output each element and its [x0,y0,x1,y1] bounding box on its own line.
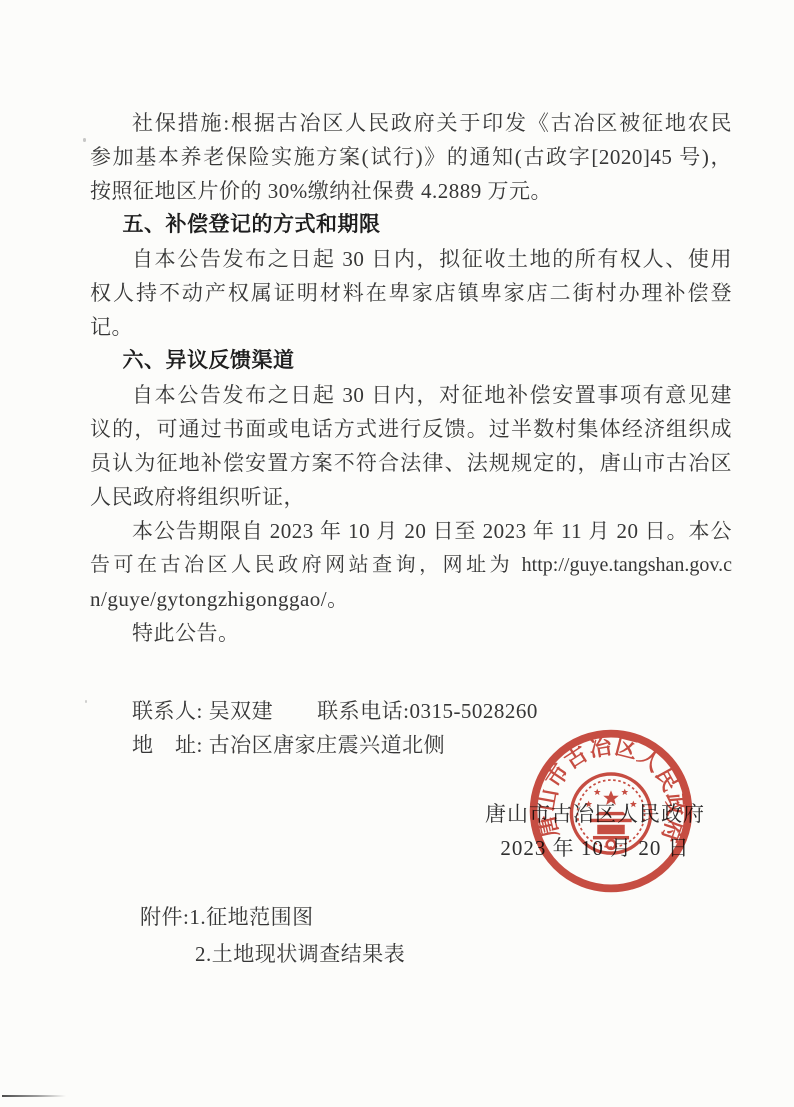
contact-phone-number: 0315-5028260 [409,699,538,723]
contact-row: 联系人: 吴双建联系电话:0315-5028260 [90,694,732,728]
issue-date: 2023 年 10 月 20 日 [445,831,745,865]
doc-line: 本公告期限自 2023 年 10 月 20 日至 2023 年 11 月 20 … [90,514,732,548]
attachments-block: 附件:1.征地范围图 2.土地现状调查结果表 [140,899,405,973]
doc-line: 权人持不动产权属证明材料在卑家店镇卑家店二街村办理补偿登 [90,276,732,310]
address-row: 地 址: 古冶区唐家庄震兴道北侧 [90,728,732,762]
address-value: 古冶区唐家庄震兴道北侧 [209,733,446,757]
doc-line: 记。 [90,310,732,344]
doc-line: 参加基本养老保险实施方案(试行)》的通知(古政字[2020]45 号)， [90,140,732,174]
scan-artifact [2,1095,66,1097]
doc-line: 议的，可通过书面或电话方式进行反馈。过半数村集体经济组织成 [90,412,732,446]
section5-heading: 五、补偿登记的方式和期限 [90,208,732,242]
doc-line: 自本公告发布之日起 30 日内，对征地补偿安置事项有意见建 [90,378,732,412]
doc-line: 自本公告发布之日起 30 日内，拟征收土地的所有权人、使用 [90,242,732,276]
attachment-row: 附件:1.征地范围图 [140,899,405,936]
contact-person-label: 联系人: [132,699,209,723]
closing-line: 特此公告。 [90,616,732,650]
doc-line-url: n/guye/gytongzhigonggao/。 [90,582,732,616]
scan-artifact [85,700,87,703]
announcement-body: 社保措施:根据古冶区人民政府关于印发《古冶区被征地农民 参加基本养老保险实施方案… [90,106,732,650]
attachment-item-1: 1.征地范围图 [189,905,313,929]
signature-block: 唐山市古冶区人民政府 2023 年 10 月 20 日 [445,797,745,865]
doc-line: 社保措施:根据古冶区人民政府关于印发《古冶区被征地农民 [90,106,732,140]
contact-block: 联系人: 吴双建联系电话:0315-5028260 地 址: 古冶区唐家庄震兴道… [90,694,732,762]
doc-line: 员认为征地补偿安置方案不符合法律、法规规定的，唐山市古冶区 [90,446,732,480]
attachments-label: 附件: [140,905,189,929]
contact-person-name: 吴双建 [209,699,274,723]
doc-line: 人民政府将组织听证， [90,480,732,514]
scan-artifact [83,138,86,142]
contact-phone-label: 联系电话: [317,699,409,723]
issuer-name: 唐山市古冶区人民政府 [445,797,745,831]
doc-line: 按照征地区片价的 30%缴纳社保费 4.2889 万元。 [90,174,732,208]
address-label: 地 址: [132,733,209,757]
section6-heading: 六、异议反馈渠道 [90,344,732,378]
attachment-item-2: 2.土地现状调查结果表 [140,936,405,973]
doc-line-url: 告可在古冶区人民政府网站查询，网址为 http://guye.tangshan.… [90,548,732,582]
document-page: 社保措施:根据古冶区人民政府关于印发《古冶区被征地农民 参加基本养老保险实施方案… [0,0,794,1107]
